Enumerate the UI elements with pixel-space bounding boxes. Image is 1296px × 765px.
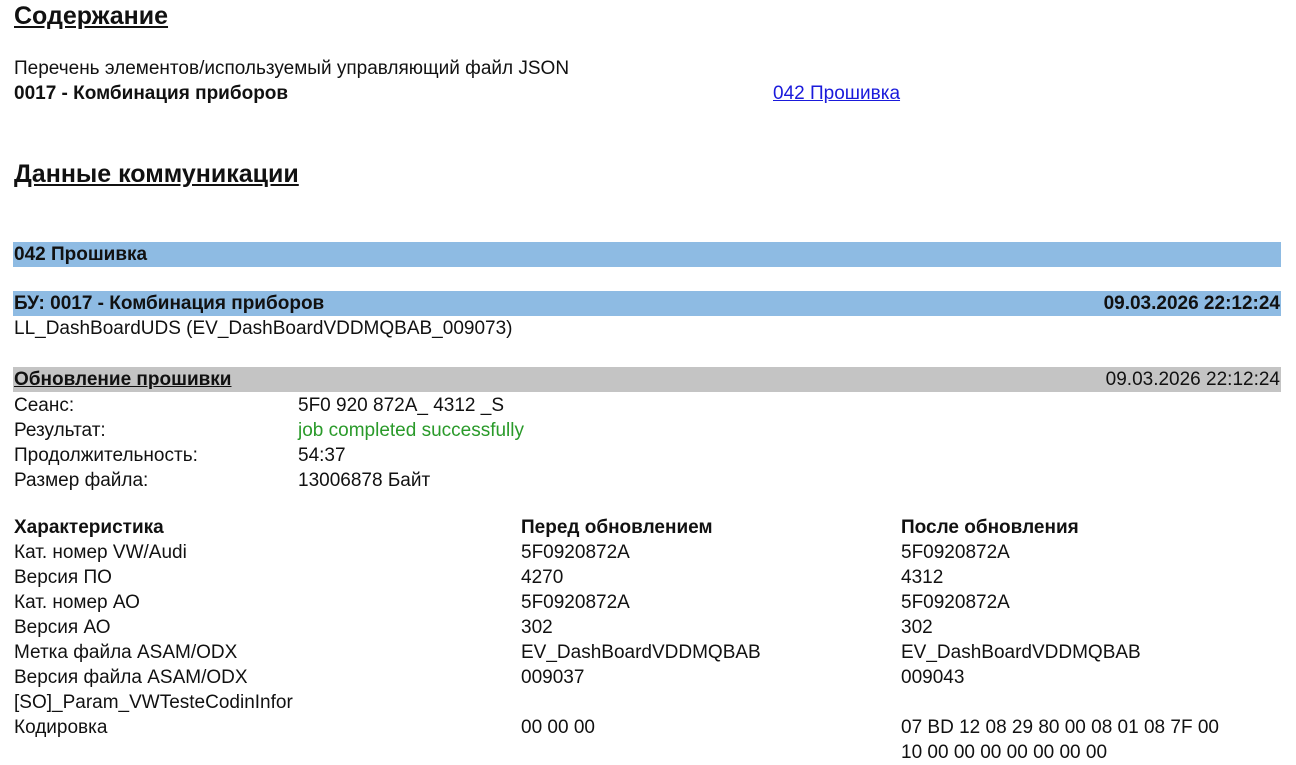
cell-before: 4270 xyxy=(521,565,563,590)
cell-after: 4312 xyxy=(901,565,943,590)
communication-data-heading: Данные коммуникации xyxy=(14,160,299,189)
coding-line-1: 07 BD 12 08 29 80 00 08 01 08 7F 00 xyxy=(901,717,1219,738)
cell-characteristic: Кодировка xyxy=(14,715,107,740)
detail-value: 54:37 xyxy=(298,443,346,468)
cell-characteristic: Версия АО xyxy=(14,615,111,640)
cell-characteristic: Метка файла ASAM/ODX xyxy=(14,640,237,665)
detail-key: Продолжительность: xyxy=(14,443,198,468)
cell-before: 009037 xyxy=(521,665,584,690)
cell-after-coding: 07 BD 12 08 29 80 00 08 01 08 7F 00 10 0… xyxy=(901,715,1219,765)
coding-line-2: 10 00 00 00 00 00 00 00 xyxy=(901,740,1219,765)
ecu-description: LL_DashBoardUDS (EV_DashBoardVDDMQBAB_00… xyxy=(14,318,512,340)
result-status: job completed successfully xyxy=(298,418,524,443)
cell-characteristic: Кат. номер АО xyxy=(14,590,140,615)
contents-intro: Перечень элементов/используемый управляю… xyxy=(14,58,569,80)
cell-before: EV_DashBoardVDDMQBAB xyxy=(521,640,761,665)
update-bar: Обновление прошивки 09.03.2026 22:12:24 xyxy=(13,367,1281,392)
contents-heading: Содержание xyxy=(14,2,168,31)
cell-after: 302 xyxy=(901,615,933,640)
cell-characteristic: [SO]_Param_VWTesteCodinInfor xyxy=(14,690,293,715)
cell-characteristic: Версия ПО xyxy=(14,565,112,590)
cell-before: 00 00 00 xyxy=(521,715,595,740)
detail-value: 13006878 Байт xyxy=(298,468,430,493)
section-bar-firmware: 042 Прошивка xyxy=(13,242,1281,267)
cell-after: EV_DashBoardVDDMQBAB xyxy=(901,640,1141,665)
cell-after: 5F0920872A xyxy=(901,540,1010,565)
section-bar-label: 042 Прошивка xyxy=(14,242,147,267)
update-bar-timestamp: 09.03.2026 22:12:24 xyxy=(1106,367,1280,392)
ecu-bar: БУ: 0017 - Комбинация приборов 09.03.202… xyxy=(13,291,1281,316)
cell-after: 5F0920872A xyxy=(901,590,1010,615)
update-bar-label: Обновление прошивки xyxy=(14,367,232,392)
ecu-bar-timestamp: 09.03.2026 22:12:24 xyxy=(1104,291,1280,316)
cell-before: 5F0920872A xyxy=(521,540,630,565)
header-before: Перед обновлением xyxy=(521,515,713,540)
cell-after: 009043 xyxy=(901,665,964,690)
detail-key: Результат: xyxy=(14,418,106,443)
detail-value: 5F0 920 872A_ 4312 _S xyxy=(298,393,504,418)
detail-key: Размер файла: xyxy=(14,468,148,493)
header-after: После обновления xyxy=(901,515,1079,540)
contents-link-firmware[interactable]: 042 Прошивка xyxy=(773,83,900,105)
cell-before: 302 xyxy=(521,615,553,640)
cell-before: 5F0920872A xyxy=(521,590,630,615)
ecu-bar-label: БУ: 0017 - Комбинация приборов xyxy=(14,291,324,316)
header-characteristic: Характеристика xyxy=(14,515,164,540)
cell-characteristic: Версия файла ASAM/ODX xyxy=(14,665,248,690)
contents-item-ecu: 0017 - Комбинация приборов xyxy=(14,83,288,105)
cell-characteristic: Кат. номер VW/Audi xyxy=(14,540,187,565)
detail-key: Сеанс: xyxy=(14,393,74,418)
